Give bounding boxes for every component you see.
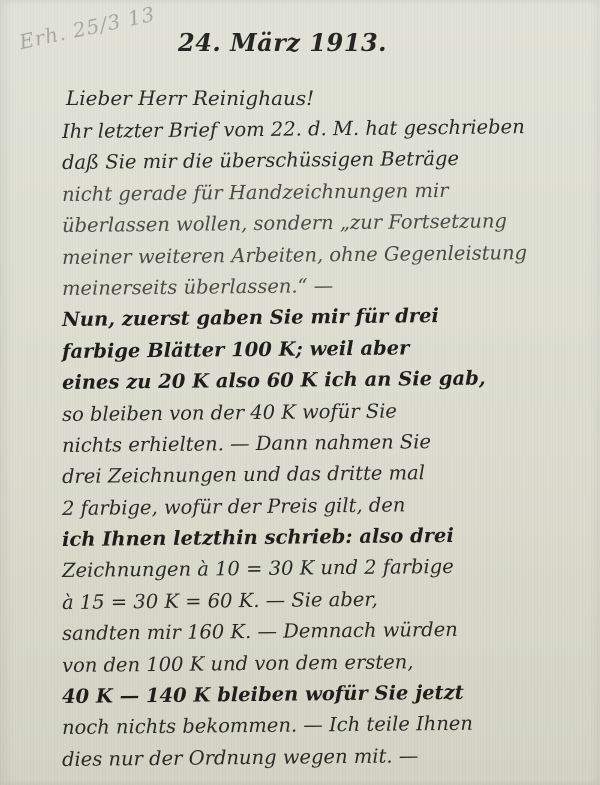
letter-page: Erh. 25/3 13 24. März 1913. Lieber Herr … <box>0 0 600 785</box>
letter-line: Zeichnungen à 10 = 30 K und 2 farbige <box>62 550 582 587</box>
letter-salutation: Lieber Herr Reinighaus! <box>66 86 314 110</box>
letter-line: überlassen wollen, sondern „zur Fortsetz… <box>62 205 582 242</box>
letter-line: sandten mir 160 K. — Demnach würden <box>62 613 582 650</box>
letter-line: eines zu 20 K also 60 K ich an Sie gab, <box>62 362 582 399</box>
pencil-receipt-annotation: Erh. 25/3 13 <box>17 2 157 54</box>
letter-line: dies nur der Ordnung wegen mit. — <box>62 738 582 775</box>
letter-date: 24. März 1913. <box>178 28 387 57</box>
letter-line: drei Zeichnungen und das dritte mal <box>62 456 582 493</box>
letter-line: daß Sie mir die überschüssigen Beträge <box>62 142 582 179</box>
letter-line: Nun, zuerst gaben Sie mir für drei <box>62 299 582 336</box>
letter-body: Ihr letzter Brief vom 22. d. M. hat gesc… <box>62 116 582 775</box>
letter-line: noch nichts bekommen. — Ich teile Ihnen <box>62 707 582 744</box>
